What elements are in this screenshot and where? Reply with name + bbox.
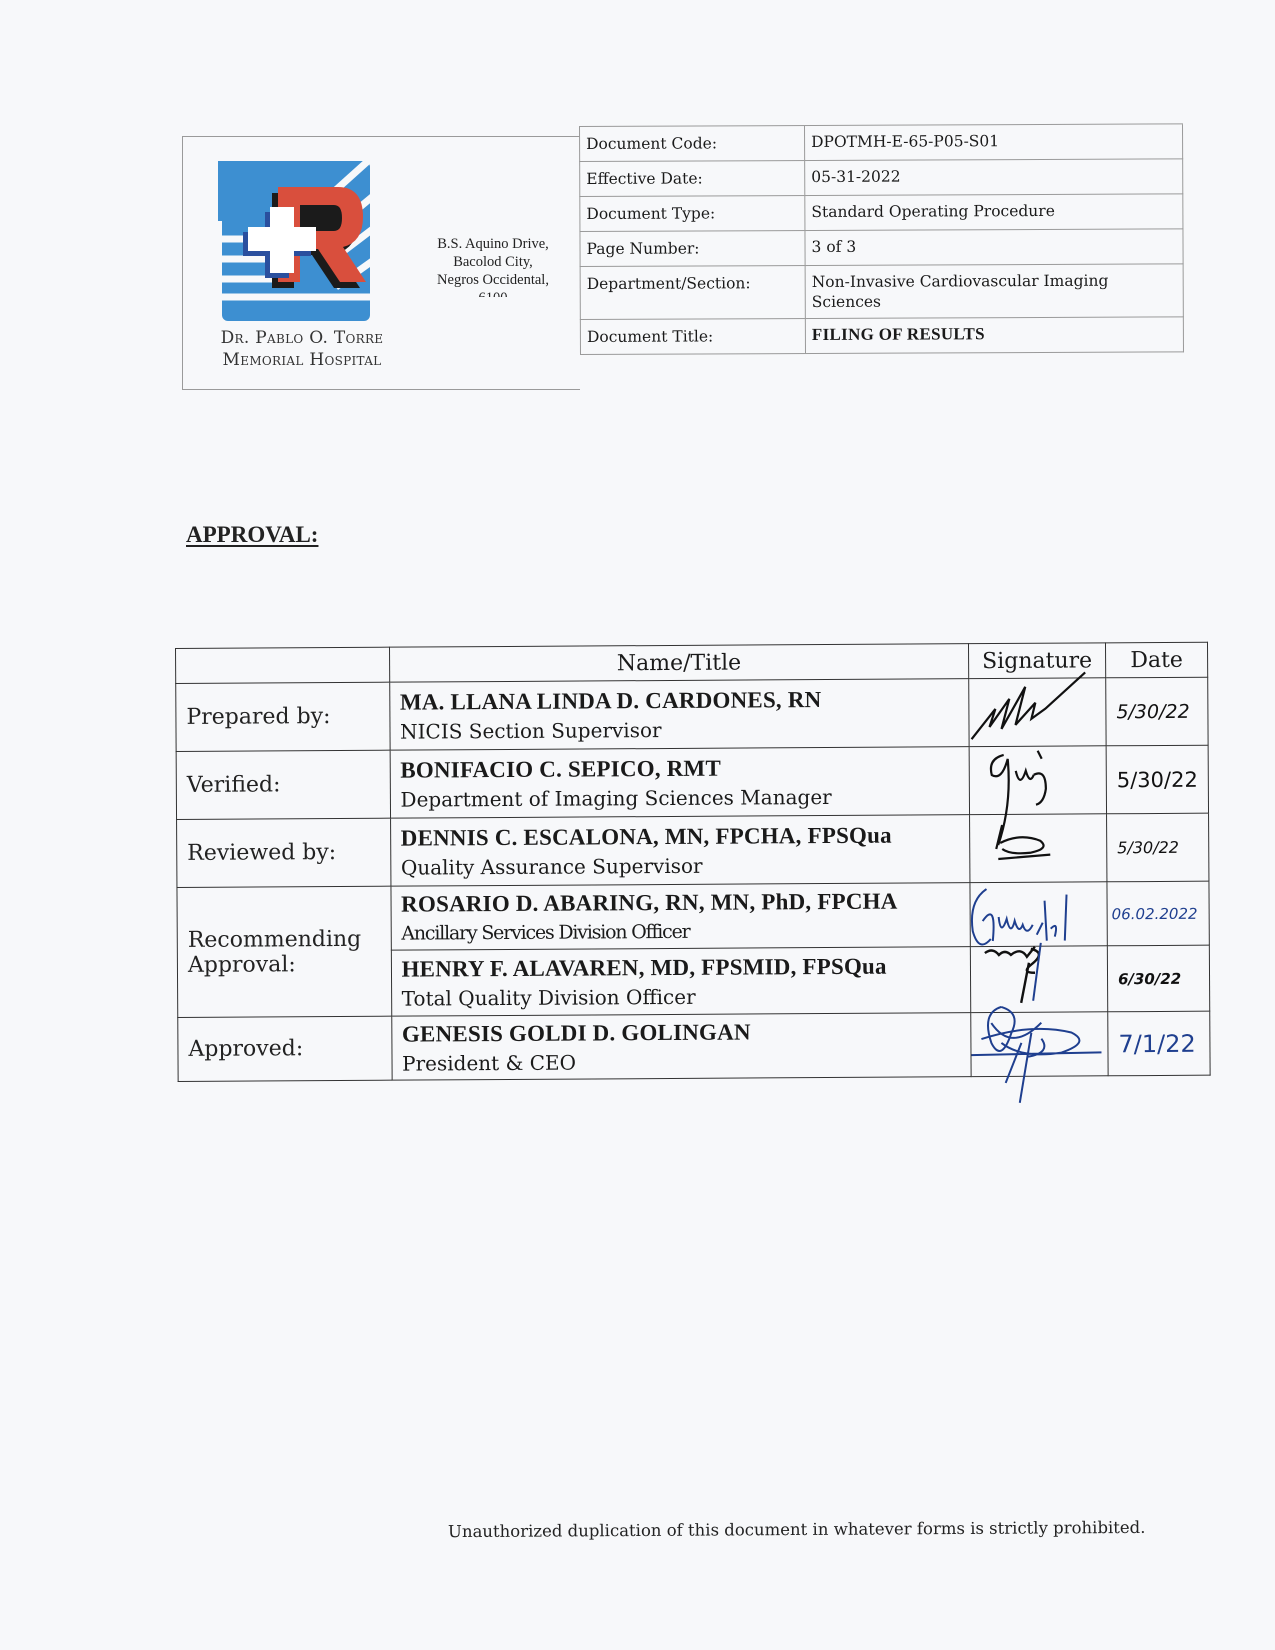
person-name: MA. LLANA LINDA D. CARDONES, RN [400,684,959,717]
signature-cell [970,814,1107,883]
date-cell: 5/30/22 [1106,677,1208,746]
column-header-signature: Signature [969,643,1106,679]
meta-row-page-number: Page Number: 3 of 3 [579,229,1183,267]
table-row: Reviewed by: DENNIS C. ESCALONA, MN, FPC… [177,813,1209,887]
name-title-cell: ROSARIO D. ABARING, RN, MN, PhD, FPCHA A… [391,883,971,951]
hospital-address: B.S. Aquino Drive, Bacolod City, Negros … [413,235,573,297]
name-title-cell: BONIFACIO C. SEPICO, RMT Department of I… [390,747,970,819]
role-label: Approved: [178,1016,392,1081]
name-title-cell: HENRY F. ALAVAREN, MD, FPSMID, FPSQua To… [391,947,971,1017]
date-cell: 5/30/22 [1107,813,1209,882]
date-cell: 06.02.2022 [1107,881,1209,946]
handwritten-date: 5/30/22 [1117,838,1179,857]
signature-cell [971,1012,1108,1077]
table-row: Verified: BONIFACIO C. SEPICO, RMT Depar… [176,745,1208,819]
name-title-cell: MA. LLANA LINDA D. CARDONES, RN NICIS Se… [389,679,969,751]
signature-cell [970,882,1107,947]
table-row: Prepared by: MA. LLANA LINDA D. CARDONES… [176,677,1208,751]
header-logo-cell: Dr. Pablo O. Torre Memorial Hospital B.S… [182,136,580,390]
person-name: GENESIS GOLDI D. GOLINGAN [402,1016,961,1049]
signature-cell [969,746,1106,815]
person-title: Total Quality Division Officer [402,981,961,1012]
meta-row-document-type: Document Type: Standard Operating Proced… [579,194,1183,232]
footer-notice: Unauthorized duplication of this documen… [448,1518,1146,1541]
document-metadata-table: Document Code: DPOTMH-E-65-P05-S01 Effec… [579,123,1184,355]
handwritten-date: 6/30/22 [1118,970,1181,988]
date-cell: 6/30/22 [1107,945,1209,1012]
meta-row-document-code: Document Code: DPOTMH-E-65-P05-S01 [579,124,1183,162]
role-label: Prepared by: [176,682,390,751]
person-name: ROSARIO D. ABARING, RN, MN, PhD, FPCHA [401,886,960,919]
table-row: Approved: GENESIS GOLDI D. GOLINGAN Pres… [178,1011,1210,1081]
person-name: DENNIS C. ESCALONA, MN, FPCHA, FPSQua [401,820,960,853]
meta-row-document-title: Document Title: FILING OF RESULTS [580,317,1184,355]
column-header-role [176,647,390,683]
person-title: President & CEO [402,1046,961,1077]
person-title: Quality Assurance Supervisor [401,850,960,881]
date-cell: 7/1/22 [1108,1011,1210,1076]
signature-cell [969,678,1106,747]
hospital-r-cross-logo-icon [218,157,373,322]
table-row: Recommending Approval: ROSARIO D. ABARIN… [177,881,1209,951]
handwritten-date: 7/1/22 [1118,1029,1195,1057]
column-header-name-title: Name/Title [389,644,969,683]
hospital-name: Dr. Pablo O. Torre Memorial Hospital [197,327,407,371]
column-header-date: Date [1105,642,1207,678]
role-label: Verified: [176,750,390,819]
person-title: Ancillary Services Division Officer [401,916,960,947]
role-label: Recommending Approval: [177,886,391,1017]
signature-cell [970,946,1107,1013]
approval-heading: APPROVAL: [186,522,318,548]
handwritten-signature-icon [980,818,1100,879]
name-title-cell: DENNIS C. ESCALONA, MN, FPCHA, FPSQua Qu… [390,815,970,887]
handwritten-date: 06.02.2022 [1112,905,1198,924]
handwritten-date: 5/30/22 [1116,700,1189,722]
person-name: BONIFACIO C. SEPICO, RMT [400,752,959,785]
person-title: Department of Imaging Sciences Manager [400,782,959,813]
person-title: NICIS Section Supervisor [400,714,959,745]
handwritten-date: 5/30/22 [1117,767,1198,791]
meta-row-effective-date: Effective Date: 05-31-2022 [579,159,1183,197]
meta-row-department: Department/Section: Non-Invasive Cardiov… [580,264,1184,320]
approval-table: Name/Title Signature Date Prepared by: M… [175,642,1211,1082]
handwritten-signature-icon [965,668,1115,749]
person-name: HENRY F. ALAVAREN, MD, FPSMID, FPSQua [401,951,960,984]
date-cell: 5/30/22 [1106,745,1208,814]
role-label: Reviewed by: [177,818,391,887]
name-title-cell: GENESIS GOLDI D. GOLINGAN President & CE… [391,1013,971,1081]
handwritten-signature-icon [981,942,1101,1013]
